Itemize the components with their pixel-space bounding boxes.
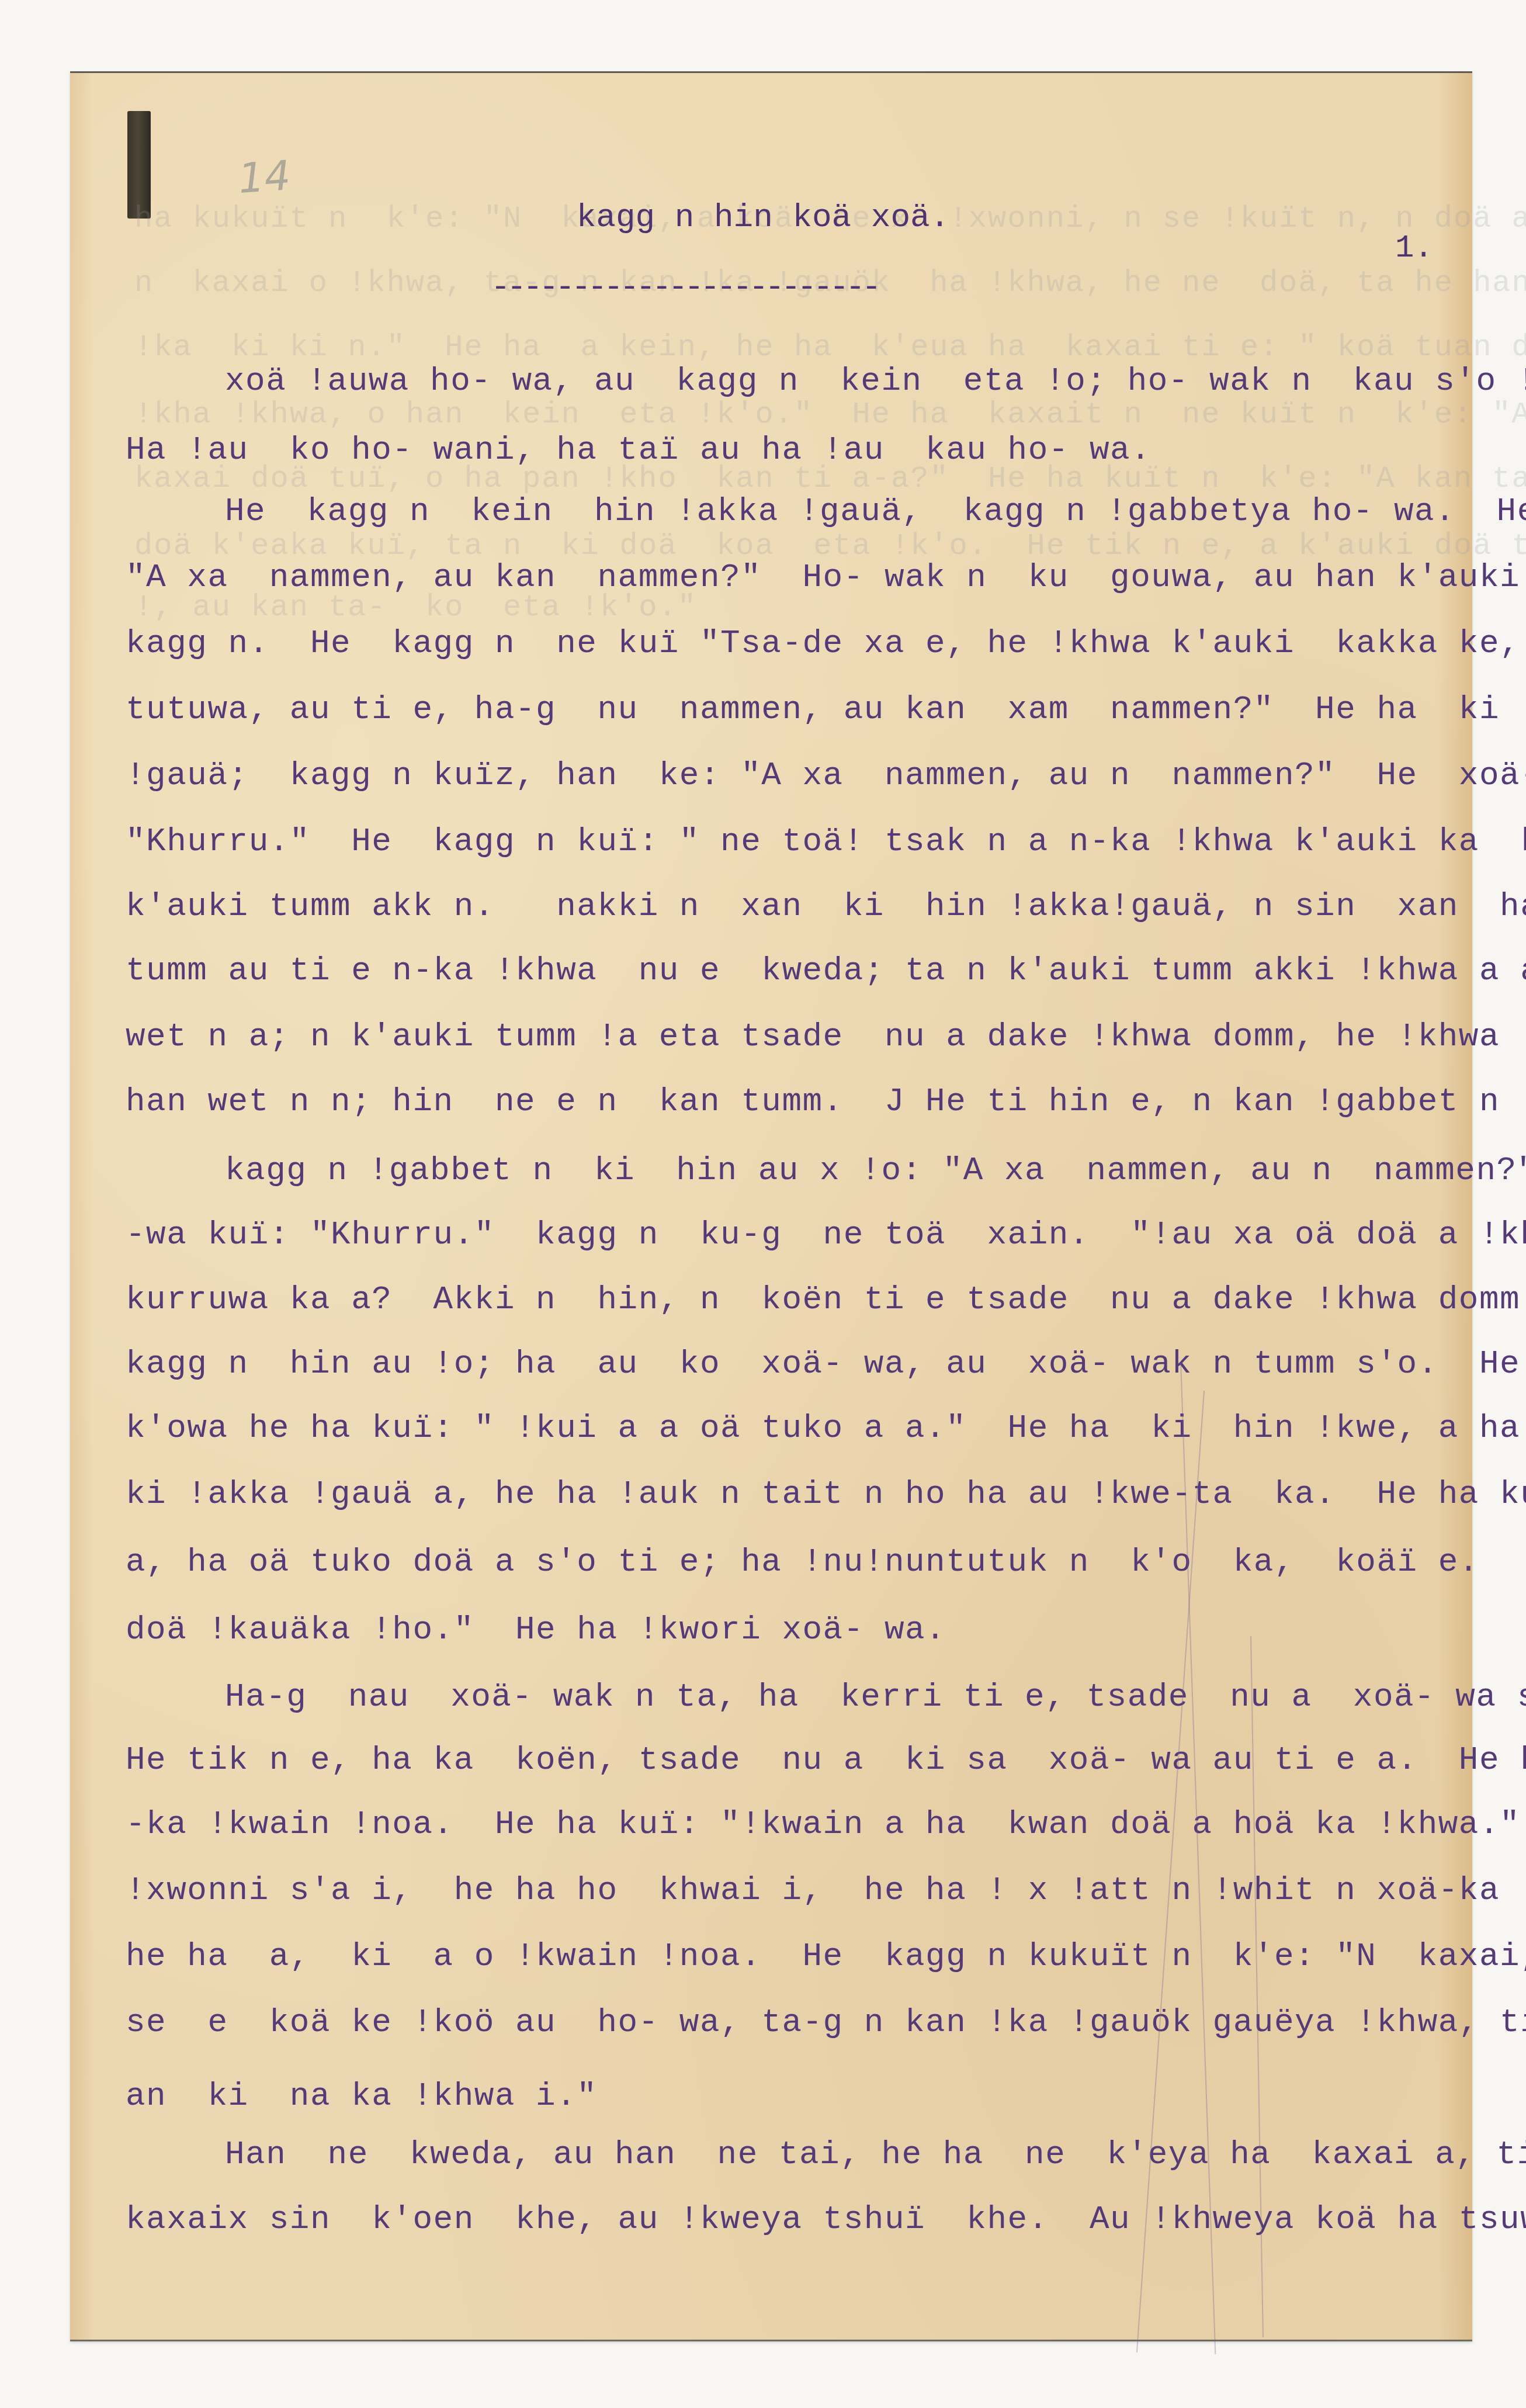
text-line: doä !kauäka !ho." He ha !kwori xoä- wa. xyxy=(126,1611,946,1648)
text-line: se e koä ke !koö au ho- wa, ta-g n kan !… xyxy=(126,2004,1526,2041)
text-line: -wa kuï: "Khurru." kagg n ku-g ne toä xa… xyxy=(126,1216,1526,1253)
text-line: he ha a, ki a o !kwain !noa. He kagg n k… xyxy=(126,1938,1526,1975)
text-line: kagg n !gabbet n ki hin au x !o: "A xa n… xyxy=(225,1152,1526,1189)
text-line: "A xa nammen, au kan nammen?" Ho- wak n … xyxy=(126,559,1526,596)
text-line: -ka !kwain !noa. He ha kuï: "!kwain a ha… xyxy=(126,1806,1526,1843)
text-line: !xwonni s'a i, he ha ho khwai i, he ha !… xyxy=(126,1872,1526,1909)
text-line: k'auki tumm akk n. nakki n xan ki hin !a… xyxy=(126,888,1526,925)
text-line: Ha !au ko ho- wani, ha taï au ha !au kau… xyxy=(126,431,1151,469)
bleed-through-line: !kha !khwa, o han kein eta !k'o." He ha … xyxy=(134,397,1526,432)
text-line: kagg n. He kagg n ne kuï "Tsa-de xa e, h… xyxy=(126,625,1526,662)
bleed-through-line: !ka ki ki n." He ha a kein, he ha k'eua … xyxy=(134,330,1526,365)
text-line: He tik n e, ha ka koën, tsade nu a ki sa… xyxy=(126,1741,1526,1779)
text-line: kaxaix sin k'oen khe, au !kweya tshuï kh… xyxy=(126,2201,1526,2238)
text-line: k'owa he ha kuï: " !kui a a oä tuko a a.… xyxy=(126,1409,1526,1447)
text-line: "Khurru." He kagg n kuï: " ne toä! tsak … xyxy=(126,823,1526,860)
text-line: xoä !auwa ho- wa, au kagg n kein eta !o;… xyxy=(225,362,1526,400)
text-line: wet n a; n k'auki tumm !a eta tsade nu a… xyxy=(126,1018,1526,1055)
text-line: Han ne kweda, au han ne tai, he ha ne k'… xyxy=(225,2136,1526,2173)
pencil-annotation: 14 xyxy=(237,151,292,203)
title-underline: ------------------------ xyxy=(491,269,878,306)
text-line: han wet n n; hin ne e n kan tumm. J He t… xyxy=(126,1083,1526,1120)
text-line: Ha-g nau xoä- wak n ta, ha kerri ti e, t… xyxy=(225,1678,1526,1716)
page-number: 1. xyxy=(1395,231,1433,266)
text-line: a, ha oä tuko doä a s'o ti e; ha !nu!nun… xyxy=(126,1543,1526,1581)
text-line: tumm au ti e n-ka !khwa nu e kweda; ta n… xyxy=(126,952,1526,989)
document-title: kagg n hin koä xoä. xyxy=(0,199,1526,236)
text-line: kurruwa ka a? Akki n hin, n koën ti e ts… xyxy=(126,1281,1526,1318)
text-line: an ki na ka !khwa i." xyxy=(126,2077,597,2115)
text-line: kagg n hin au !o; ha au ko xoä- wa, au x… xyxy=(126,1345,1526,1383)
text-line: !gauä; kagg n kuïz, han ke: "A xa nammen… xyxy=(126,757,1526,794)
text-line: ki !akka !gauä a, he ha !auk n tait n ho… xyxy=(126,1475,1526,1513)
text-line: He kagg n kein hin !akka !gauä, kagg n !… xyxy=(225,493,1526,530)
text-line: tutuwa, au ti e, ha-g nu nammen, au kan … xyxy=(126,691,1526,728)
